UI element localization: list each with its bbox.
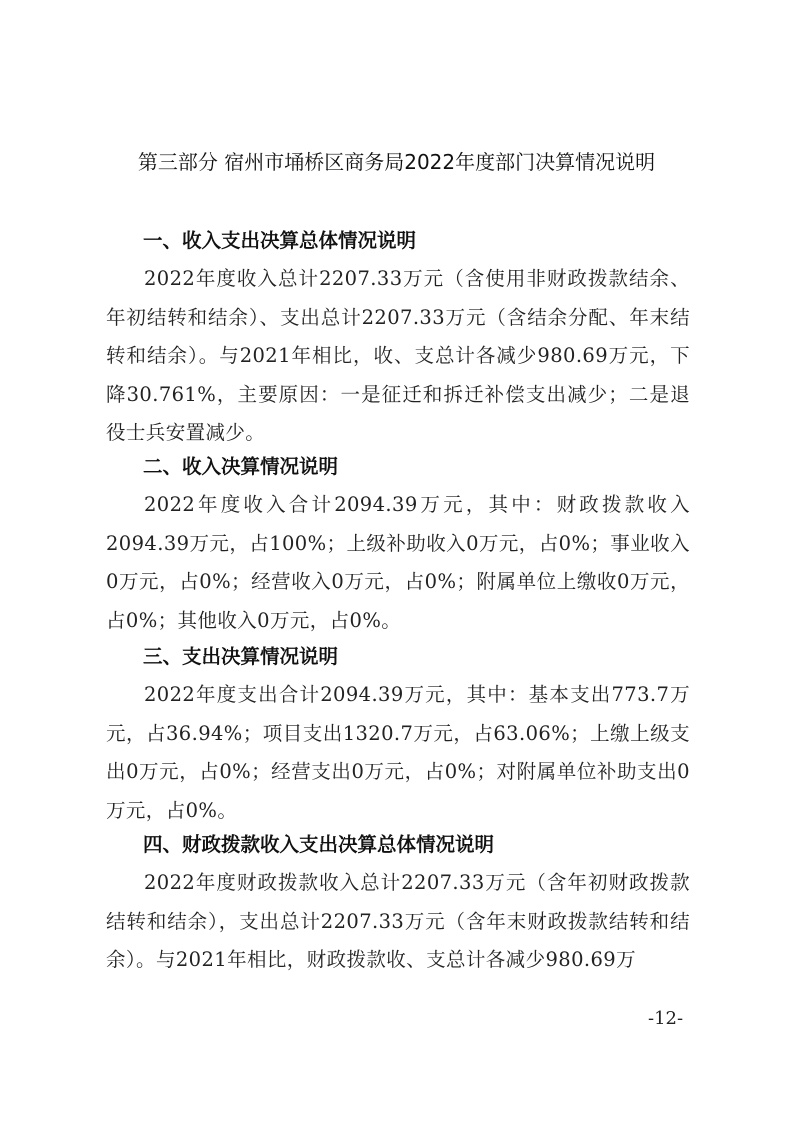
section-heading-3: 三、支出决算情况说明 bbox=[143, 642, 338, 672]
page-title: 第三部分 宿州市埇桥区商务局2022年度部门决算情况说明 bbox=[0, 146, 793, 178]
page-number: -12- bbox=[648, 1008, 683, 1029]
section-body-3: 2022年度支出合计2094.39万元，其中：基本支出773.7万元，占36.9… bbox=[106, 676, 690, 830]
section-body-4: 2022年度财政拨款收入总计2207.33万元（含年初财政拨款结转和结余），支出… bbox=[106, 864, 690, 980]
section-heading-4: 四、财政拨款收入支出决算总体情况说明 bbox=[143, 830, 494, 860]
section-heading-2: 二、收入决算情况说明 bbox=[143, 452, 338, 482]
section-body-1: 2022年度收入总计2207.33万元（含使用非财政拨款结余、年初结转和结余）、… bbox=[106, 260, 690, 453]
document-page: 第三部分 宿州市埇桥区商务局2022年度部门决算情况说明 一、收入支出决算总体情… bbox=[0, 0, 793, 1122]
section-heading-1: 一、收入支出决算总体情况说明 bbox=[143, 226, 416, 256]
section-body-2: 2022年度收入合计2094.39万元，其中：财政拨款收入2094.39万元，占… bbox=[106, 486, 690, 640]
